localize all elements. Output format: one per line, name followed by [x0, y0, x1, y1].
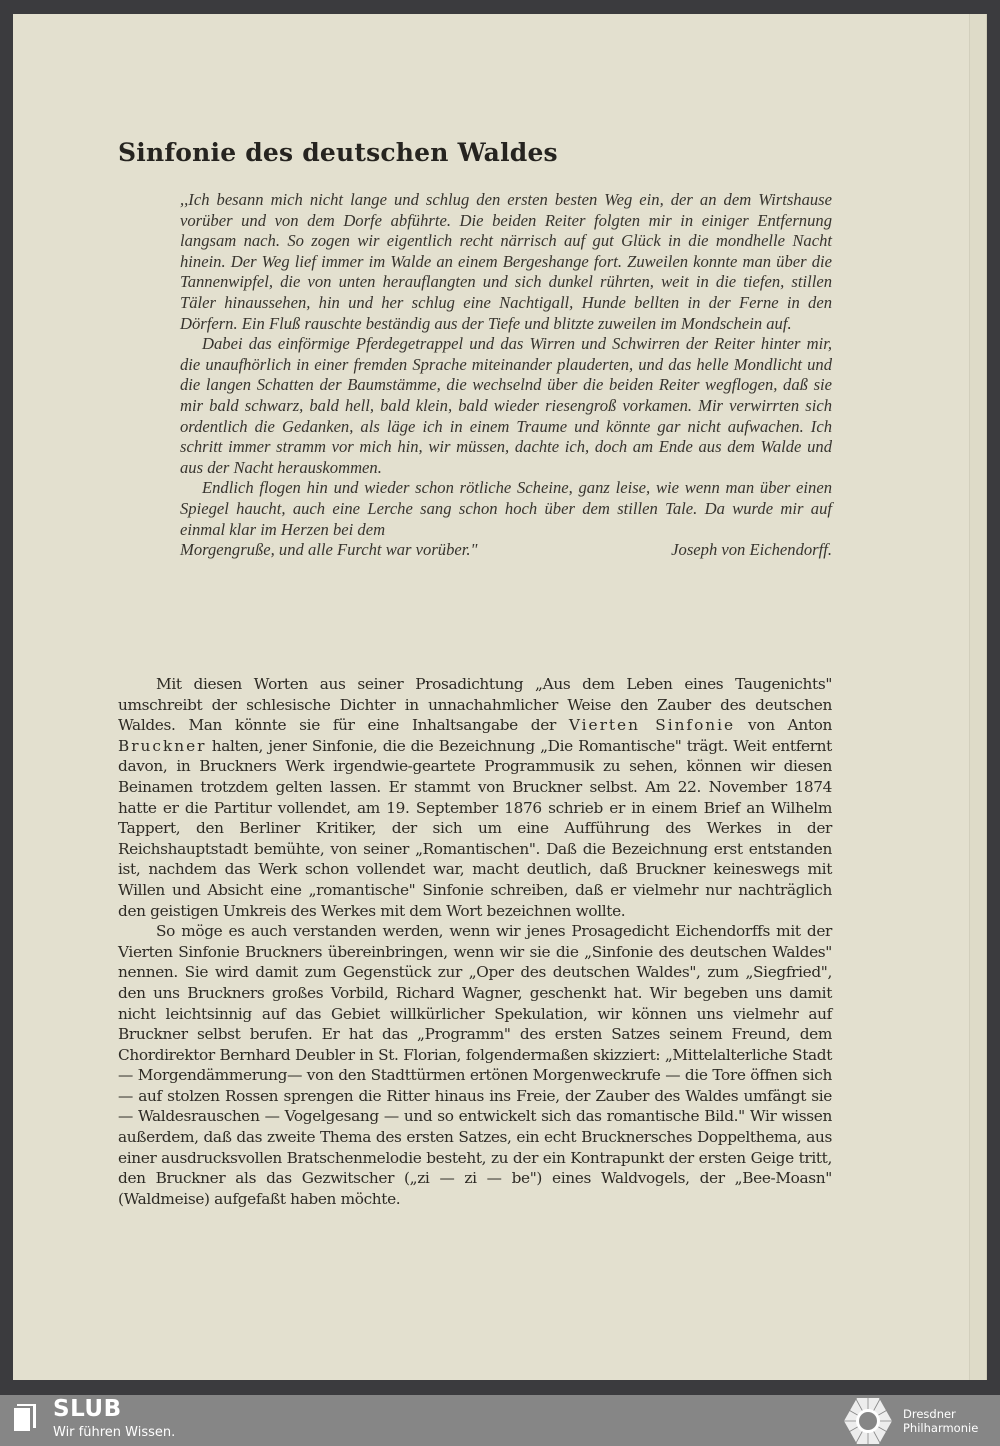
emphasis-text: Bruckner: [118, 737, 206, 755]
dresdner-philharmonie-logo-text[interactable]: Dresdner Philharmonie: [903, 1407, 978, 1435]
page-title: Sinfonie des deutschen Waldes: [118, 138, 558, 167]
phil-name-line1: Dresdner: [903, 1407, 978, 1421]
quote-paragraph: Dabei das einförmige Pferdegetrappel und…: [180, 334, 832, 478]
slub-logo-text[interactable]: SLUB: [53, 1396, 122, 1422]
quote-last-line: Morgengruße, und alle Furcht war vorüber…: [180, 540, 477, 561]
quote-author: Joseph von Eichendorff.: [671, 540, 832, 561]
emphasis-text: Vierten Sinfonie: [569, 716, 735, 734]
body-paragraph: So möge es auch verstanden werden, wenn …: [118, 921, 832, 1209]
footer-bar: SLUB Wir führen Wissen. Dresdner Philhar…: [0, 1395, 1000, 1446]
body-text: von Anton: [735, 716, 832, 734]
quote-paragraph: ,,Ich besann mich nicht lange und schlug…: [180, 190, 832, 334]
slub-tagline: Wir führen Wissen.: [53, 1425, 175, 1440]
quote-closing-line: Morgengruße, und alle Furcht war vorüber…: [180, 540, 832, 561]
body-text: halten, jener Sinfonie, die die Bezeichn…: [118, 737, 832, 920]
dresdner-philharmonie-sunburst-icon: [843, 1397, 893, 1445]
article-body: Mit diesen Worten aus seiner Prosadichtu…: [118, 674, 832, 1209]
body-paragraph: Mit diesen Worten aus seiner Prosadichtu…: [118, 674, 832, 921]
eichendorff-quote: ,,Ich besann mich nicht lange und schlug…: [180, 190, 832, 561]
slub-book-icon: [12, 1402, 38, 1432]
phil-name-line2: Philharmonie: [903, 1421, 978, 1435]
quote-paragraph: Endlich flogen hin und wieder schon rötl…: [180, 478, 832, 540]
